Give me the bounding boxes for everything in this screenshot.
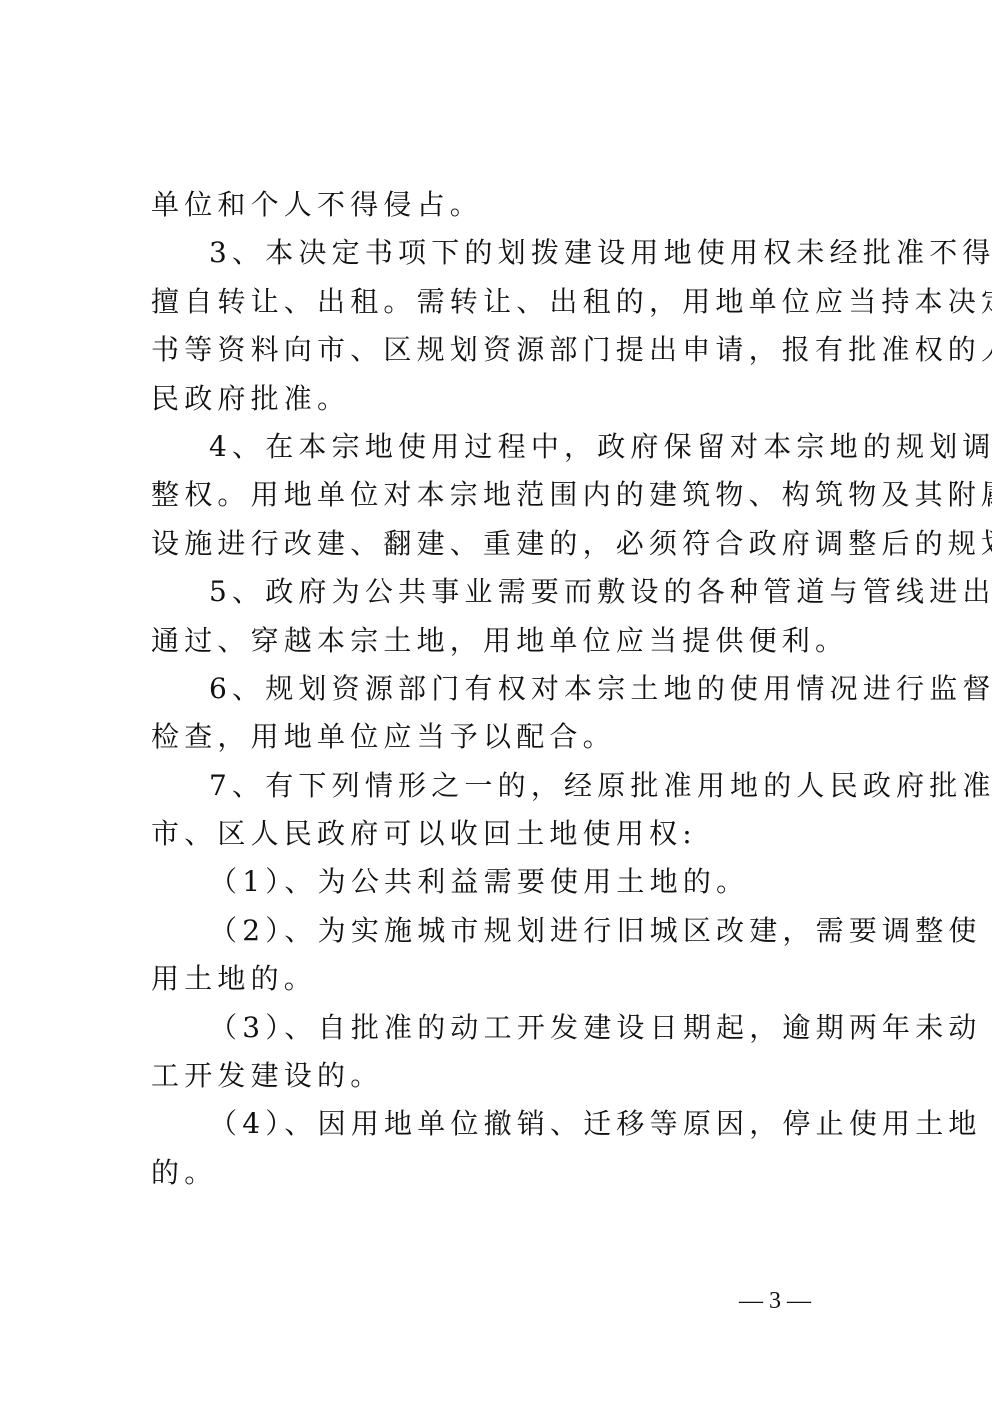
item-3-line-1: 3、本决定书项下的划拨建设用地使用权未经批准不得 — [151, 229, 843, 277]
item-3-line-2: 擅自转让、出租。需转让、出租的，用地单位应当持本决定 — [151, 278, 843, 326]
item-7-4-line-1: （4）、因用地单位撤销、迁移等原因，停止使用土地 — [151, 1100, 843, 1148]
document-body: 单位和个人不得侵占。 3、本决定书项下的划拨建设用地使用权未经批准不得 擅自转让… — [151, 181, 843, 1197]
item-7-line-2: 市、区人民政府可以收回土地使用权: — [151, 810, 843, 858]
item-5-line-1: 5、政府为公共事业需要而敷设的各种管道与管线进出、 — [151, 568, 843, 616]
item-7-line-1: 7、有下列情形之一的，经原批准用地的人民政府批准， — [151, 762, 843, 810]
item-3-line-4: 民政府批准。 — [151, 375, 843, 423]
item-3-line-3: 书等资料向市、区规划资源部门提出申请，报有批准权的人 — [151, 326, 843, 374]
item-7-1-line-1: （1）、为公共利益需要使用土地的。 — [151, 858, 843, 906]
item-7-2-line-2: 用土地的。 — [151, 955, 843, 1003]
paragraph-continuation-line: 单位和个人不得侵占。 — [151, 181, 843, 229]
item-6-line-1: 6、规划资源部门有权对本宗土地的使用情况进行监督 — [151, 665, 843, 713]
item-7-2-line-1: （2）、为实施城市规划进行旧城区改建，需要调整使 — [151, 907, 843, 955]
item-4-line-2: 整权。用地单位对本宗地范围内的建筑物、构筑物及其附属 — [151, 471, 843, 519]
item-7-3-line-2: 工开发建设的。 — [151, 1052, 843, 1100]
item-4-line-1: 4、在本宗地使用过程中，政府保留对本宗地的规划调 — [151, 423, 843, 471]
item-7-3-line-1: （3）、自批准的动工开发建设日期起，逾期两年未动 — [151, 1004, 843, 1052]
item-4-line-3: 设施进行改建、翻建、重建的，必须符合政府调整后的规划。 — [151, 520, 843, 568]
item-5-line-2: 通过、穿越本宗土地，用地单位应当提供便利。 — [151, 617, 843, 665]
item-7-4-line-2: 的。 — [151, 1149, 843, 1197]
item-6-line-2: 检查，用地单位应当予以配合。 — [151, 713, 843, 761]
page-number: — 3 — — [730, 1286, 820, 1316]
